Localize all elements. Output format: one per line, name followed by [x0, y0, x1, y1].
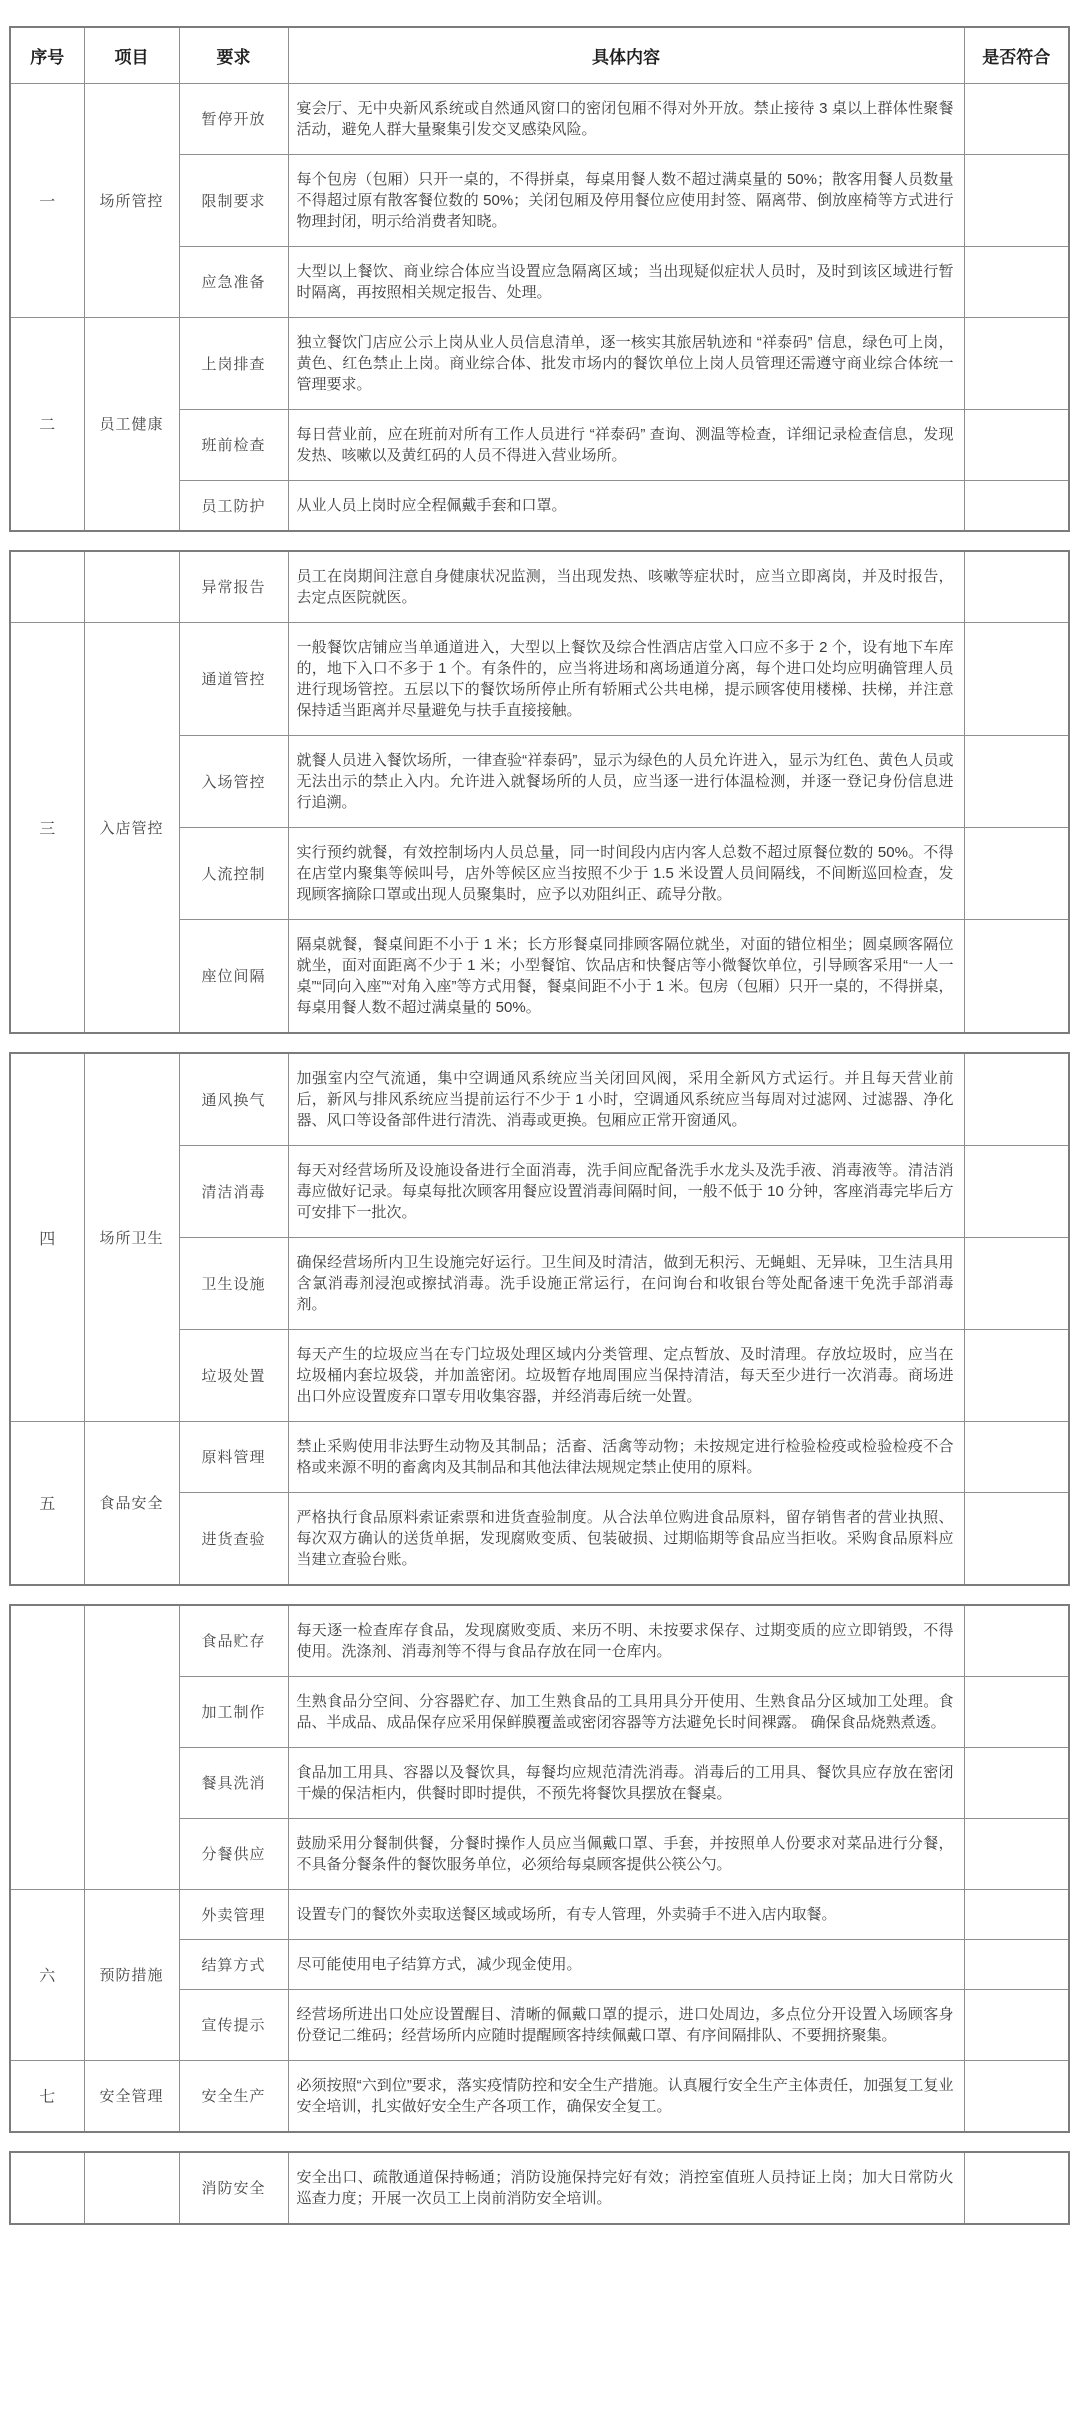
checklist-block: 食品贮存每天逐一检查库存食品，发现腐败变质、来历不明、未按要求保存、过期变质的应…: [9, 1604, 1070, 2133]
compliance-cell: [964, 409, 1069, 480]
checklist-block: 四场所卫生通风换气加强室内空气流通，集中空调通风系统应当关闭回风阀，采用全新风方…: [9, 1052, 1070, 1586]
document-page: 序号项目要求具体内容是否符合一场所管控暂停开放宴会厅、无中央新风系统或自然通风窗…: [0, 0, 1080, 2420]
requirement-cell: 员工防护: [179, 480, 288, 531]
section-number-cell: 三: [10, 622, 84, 1033]
content-cell: 宴会厅、无中央新风系统或自然通风窗口的密闭包厢不得对外开放。禁止接待 3 桌以上…: [288, 83, 964, 154]
column-header: 具体内容: [288, 27, 964, 83]
requirement-cell: 限制要求: [179, 154, 288, 246]
content-cell: 必须按照“六到位”要求，落实疫情防控和安全生产措施。认真履行安全生产主体责任，加…: [288, 2060, 964, 2132]
content-cell: 严格执行食品原料索证索票和进货查验制度。从合法单位购进食品原料，留存销售者的营业…: [288, 1492, 964, 1585]
section-item-cell: [84, 551, 179, 623]
compliance-cell: [964, 919, 1069, 1033]
content-cell: 鼓励采用分餐制供餐，分餐时操作人员应当佩戴口罩、手套，并按照单人份要求对菜品进行…: [288, 1818, 964, 1889]
requirement-cell: 结算方式: [179, 1939, 288, 1989]
compliance-cell: [964, 83, 1069, 154]
compliance-cell: [964, 1676, 1069, 1747]
requirement-cell: 清洁消毒: [179, 1145, 288, 1237]
section-item-cell: 场所卫生: [84, 1053, 179, 1422]
requirement-cell: 人流控制: [179, 827, 288, 919]
requirement-cell: 通风换气: [179, 1053, 288, 1146]
column-header: 要求: [179, 27, 288, 83]
requirement-cell: 分餐供应: [179, 1818, 288, 1889]
compliance-cell: [964, 622, 1069, 735]
content-cell: 禁止采购使用非法野生动物及其制品；活畜、活禽等动物；未按规定进行检验检疫或检验检…: [288, 1421, 964, 1492]
column-header: 项目: [84, 27, 179, 83]
compliance-cell: [964, 551, 1069, 623]
compliance-cell: [964, 1747, 1069, 1818]
requirement-cell: 外卖管理: [179, 1889, 288, 1939]
requirement-cell: 通道管控: [179, 622, 288, 735]
requirement-cell: 班前检查: [179, 409, 288, 480]
content-cell: 每个包房（包厢）只开一桌的，不得拼桌，每桌用餐人数不超过满桌量的 50%；散客用…: [288, 154, 964, 246]
section-number-cell: 二: [10, 317, 84, 531]
section-number-cell: [10, 1605, 84, 1890]
compliance-checklist-table: 序号项目要求具体内容是否符合一场所管控暂停开放宴会厅、无中央新风系统或自然通风窗…: [9, 26, 1068, 2225]
compliance-cell: [964, 246, 1069, 317]
requirement-cell: 进货查验: [179, 1492, 288, 1585]
checklist-block: 序号项目要求具体内容是否符合一场所管控暂停开放宴会厅、无中央新风系统或自然通风窗…: [9, 26, 1070, 532]
content-cell: 尽可能使用电子结算方式，减少现金使用。: [288, 1939, 964, 1989]
requirement-cell: 消防安全: [179, 2152, 288, 2224]
section-number-cell: [10, 551, 84, 623]
compliance-cell: [964, 1492, 1069, 1585]
table-row: 二员工健康上岗排查独立餐饮门店应公示上岗从业人员信息清单，逐一核实其旅居轨迹和 …: [10, 317, 1069, 409]
compliance-cell: [964, 1939, 1069, 1989]
header-row: 序号项目要求具体内容是否符合: [10, 27, 1069, 83]
table-row: 五食品安全原料管理禁止采购使用非法野生动物及其制品；活畜、活禽等动物；未按规定进…: [10, 1421, 1069, 1492]
compliance-cell: [964, 480, 1069, 531]
table-row: 消防安全安全出口、疏散通道保持畅通；消防设施保持完好有效；消控室值班人员持证上岗…: [10, 2152, 1069, 2224]
section-item-cell: 安全管理: [84, 2060, 179, 2132]
section-item-cell: 入店管控: [84, 622, 179, 1033]
requirement-cell: 座位间隔: [179, 919, 288, 1033]
table-row: 三入店管控通道管控一般餐饮店铺应当单通道进入，大型以上餐饮及综合性酒店店堂入口应…: [10, 622, 1069, 735]
table-row: 四场所卫生通风换气加强室内空气流通，集中空调通风系统应当关闭回风阀，采用全新风方…: [10, 1053, 1069, 1146]
checklist-block: 消防安全安全出口、疏散通道保持畅通；消防设施保持完好有效；消控室值班人员持证上岗…: [9, 2151, 1070, 2225]
section-item-cell: [84, 2152, 179, 2224]
content-cell: 每日营业前，应在班前对所有工作人员进行 “祥泰码” 查询、测温等检查，详细记录检…: [288, 409, 964, 480]
section-number-cell: 四: [10, 1053, 84, 1422]
section-item-cell: 食品安全: [84, 1421, 179, 1585]
requirement-cell: 卫生设施: [179, 1237, 288, 1329]
section-item-cell: 员工健康: [84, 317, 179, 531]
requirement-cell: 异常报告: [179, 551, 288, 623]
compliance-cell: [964, 1421, 1069, 1492]
content-cell: 每天产生的垃圾应当在专门垃圾处理区域内分类管理、定点暂放、及时清理。存放垃圾时，…: [288, 1329, 964, 1421]
compliance-cell: [964, 317, 1069, 409]
requirement-cell: 上岗排查: [179, 317, 288, 409]
compliance-cell: [964, 154, 1069, 246]
content-cell: 每天逐一检查库存食品，发现腐败变质、来历不明、未按要求保存、过期变质的应立即销毁…: [288, 1605, 964, 1677]
compliance-cell: [964, 827, 1069, 919]
section-item-cell: 预防措施: [84, 1889, 179, 2060]
compliance-cell: [964, 1329, 1069, 1421]
requirement-cell: 加工制作: [179, 1676, 288, 1747]
compliance-cell: [964, 1053, 1069, 1146]
content-cell: 员工在岗期间注意自身健康状况监测，当出现发热、咳嗽等症状时，应当立即离岗，并及时…: [288, 551, 964, 623]
content-cell: 大型以上餐饮、商业综合体应当设置应急隔离区域；当出现疑似症状人员时，及时到该区域…: [288, 246, 964, 317]
checklist-block: 异常报告员工在岗期间注意自身健康状况监测，当出现发热、咳嗽等症状时，应当立即离岗…: [9, 550, 1070, 1034]
requirement-cell: 餐具洗消: [179, 1747, 288, 1818]
content-cell: 从业人员上岗时应全程佩戴手套和口罩。: [288, 480, 964, 531]
compliance-cell: [964, 2060, 1069, 2132]
requirement-cell: 垃圾处置: [179, 1329, 288, 1421]
compliance-cell: [964, 1145, 1069, 1237]
compliance-cell: [964, 1605, 1069, 1677]
requirement-cell: 原料管理: [179, 1421, 288, 1492]
section-item-cell: 场所管控: [84, 83, 179, 317]
requirement-cell: 应急准备: [179, 246, 288, 317]
requirement-cell: 入场管控: [179, 735, 288, 827]
content-cell: 安全出口、疏散通道保持畅通；消防设施保持完好有效；消控室值班人员持证上岗；加大日…: [288, 2152, 964, 2224]
content-cell: 设置专门的餐饮外卖取送餐区域或场所，有专人管理，外卖骑手不进入店内取餐。: [288, 1889, 964, 1939]
section-number-cell: 七: [10, 2060, 84, 2132]
section-item-cell: [84, 1605, 179, 1890]
content-cell: 经营场所进出口处应设置醒目、清晰的佩戴口罩的提示，进口处周边，多点位分开设置入场…: [288, 1989, 964, 2060]
content-cell: 加强室内空气流通，集中空调通风系统应当关闭回风阀，采用全新风方式运行。并且每天营…: [288, 1053, 964, 1146]
section-number-cell: 六: [10, 1889, 84, 2060]
content-cell: 每天对经营场所及设施设备进行全面消毒，洗手间应配备洗手水龙头及洗手液、消毒液等。…: [288, 1145, 964, 1237]
compliance-cell: [964, 1818, 1069, 1889]
content-cell: 确保经营场所内卫生设施完好运行。卫生间及时清洁，做到无积污、无蝇蛆、无异味，卫生…: [288, 1237, 964, 1329]
table-row: 异常报告员工在岗期间注意自身健康状况监测，当出现发热、咳嗽等症状时，应当立即离岗…: [10, 551, 1069, 623]
compliance-cell: [964, 1989, 1069, 2060]
requirement-cell: 宣传提示: [179, 1989, 288, 2060]
requirement-cell: 食品贮存: [179, 1605, 288, 1677]
table-row: 食品贮存每天逐一检查库存食品，发现腐败变质、来历不明、未按要求保存、过期变质的应…: [10, 1605, 1069, 1677]
table-row: 一场所管控暂停开放宴会厅、无中央新风系统或自然通风窗口的密闭包厢不得对外开放。禁…: [10, 83, 1069, 154]
content-cell: 生熟食品分空间、分容器贮存、加工生熟食品的工具用具分开使用、生熟食品分区域加工处…: [288, 1676, 964, 1747]
content-cell: 一般餐饮店铺应当单通道进入，大型以上餐饮及综合性酒店店堂入口应不多于 2 个，设…: [288, 622, 964, 735]
compliance-cell: [964, 1237, 1069, 1329]
section-number-cell: 五: [10, 1421, 84, 1585]
content-cell: 实行预约就餐，有效控制场内人员总量，同一时间段内店内客人总数不超过原餐位数的 5…: [288, 827, 964, 919]
compliance-cell: [964, 735, 1069, 827]
section-number-cell: [10, 2152, 84, 2224]
compliance-cell: [964, 1889, 1069, 1939]
content-cell: 独立餐饮门店应公示上岗从业人员信息清单，逐一核实其旅居轨迹和 “祥泰码” 信息，…: [288, 317, 964, 409]
requirement-cell: 安全生产: [179, 2060, 288, 2132]
column-header: 序号: [10, 27, 84, 83]
requirement-cell: 暂停开放: [179, 83, 288, 154]
table-row: 七安全管理安全生产必须按照“六到位”要求，落实疫情防控和安全生产措施。认真履行安…: [10, 2060, 1069, 2132]
content-cell: 食品加工用具、容器以及餐饮具，每餐均应规范清洗消毒。消毒后的工用具、餐饮具应存放…: [288, 1747, 964, 1818]
content-cell: 隔桌就餐，餐桌间距不小于 1 米；长方形餐桌同排顾客隔位就坐，对面的错位相坐；圆…: [288, 919, 964, 1033]
section-number-cell: 一: [10, 83, 84, 317]
content-cell: 就餐人员进入餐饮场所，一律查验“祥泰码”，显示为绿色的人员允许进入，显示为红色、…: [288, 735, 964, 827]
table-row: 六预防措施外卖管理设置专门的餐饮外卖取送餐区域或场所，有专人管理，外卖骑手不进入…: [10, 1889, 1069, 1939]
column-header: 是否符合: [964, 27, 1069, 83]
compliance-cell: [964, 2152, 1069, 2224]
